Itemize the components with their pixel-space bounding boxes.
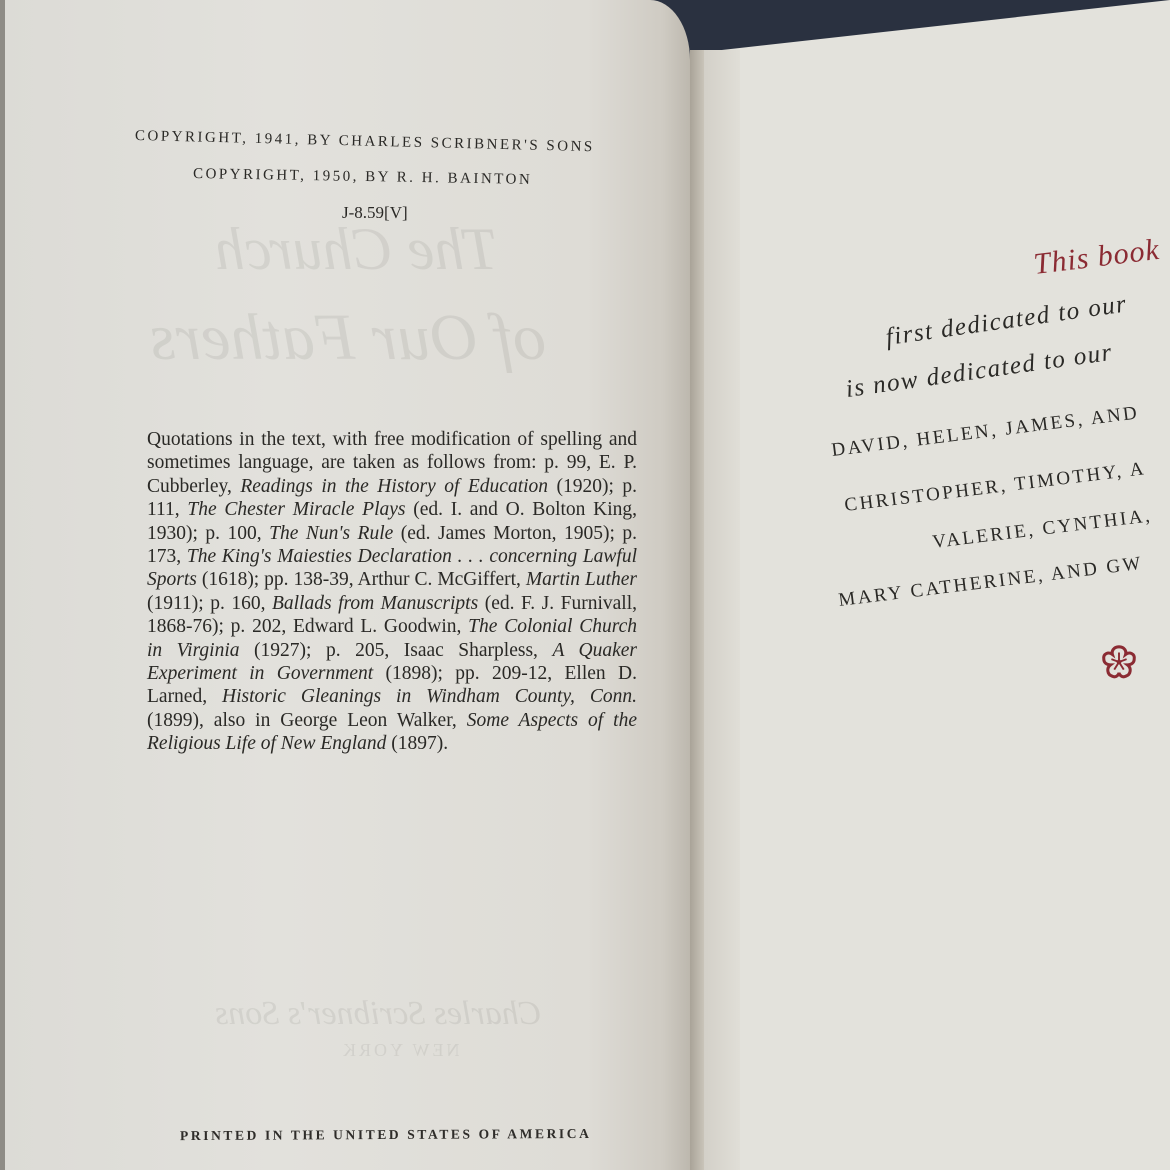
cited-title: The Nun's Rule bbox=[269, 523, 393, 544]
copyright-line-2: COPYRIGHT, 1950, BY R. H. BAINTON bbox=[193, 166, 533, 189]
cited-title: Historic Gleanings in Windham County, Co… bbox=[222, 686, 637, 707]
bleed-through-title-2: of Our Fathers bbox=[150, 300, 546, 376]
citation-text: (1927); p. 205, Isaac Sharpless, bbox=[240, 640, 553, 661]
book-gutter bbox=[690, 50, 704, 1170]
left-page: The Church of Our Fathers Charles Scribn… bbox=[0, 0, 690, 1170]
bleed-through-title-1: The Church bbox=[215, 215, 498, 284]
rosette-ornament-icon bbox=[1100, 643, 1138, 681]
page-edge-shadow bbox=[704, 50, 740, 1170]
copyright-line-1: COPYRIGHT, 1941, BY CHARLES SCRIBNER'S S… bbox=[135, 128, 595, 156]
cited-title: Martin Luther bbox=[526, 569, 637, 590]
edition-code: J-8.59[V] bbox=[342, 203, 408, 223]
citation-text: (1899), also in George Leon Walker, bbox=[147, 710, 467, 731]
bleed-through-publisher: Charles Scribner's Sons bbox=[215, 995, 542, 1033]
printed-in-line: PRINTED IN THE UNITED STATES OF AMERICA bbox=[180, 1126, 592, 1144]
cited-title: Readings in the History of Education bbox=[240, 476, 548, 497]
citation-text: (1897). bbox=[386, 733, 448, 754]
quotations-note: Quotations in the text, with free modifi… bbox=[147, 428, 637, 756]
citation-text: (1618); pp. 138-39, Arthur C. McGiffert, bbox=[197, 569, 526, 590]
cited-title: The Chester Miracle Plays bbox=[187, 499, 405, 520]
citation-text: (1911); p. 160, bbox=[147, 593, 272, 614]
cited-title: Ballads from Manuscripts bbox=[272, 593, 478, 614]
bleed-through-city: NEW YORK bbox=[340, 1040, 460, 1061]
